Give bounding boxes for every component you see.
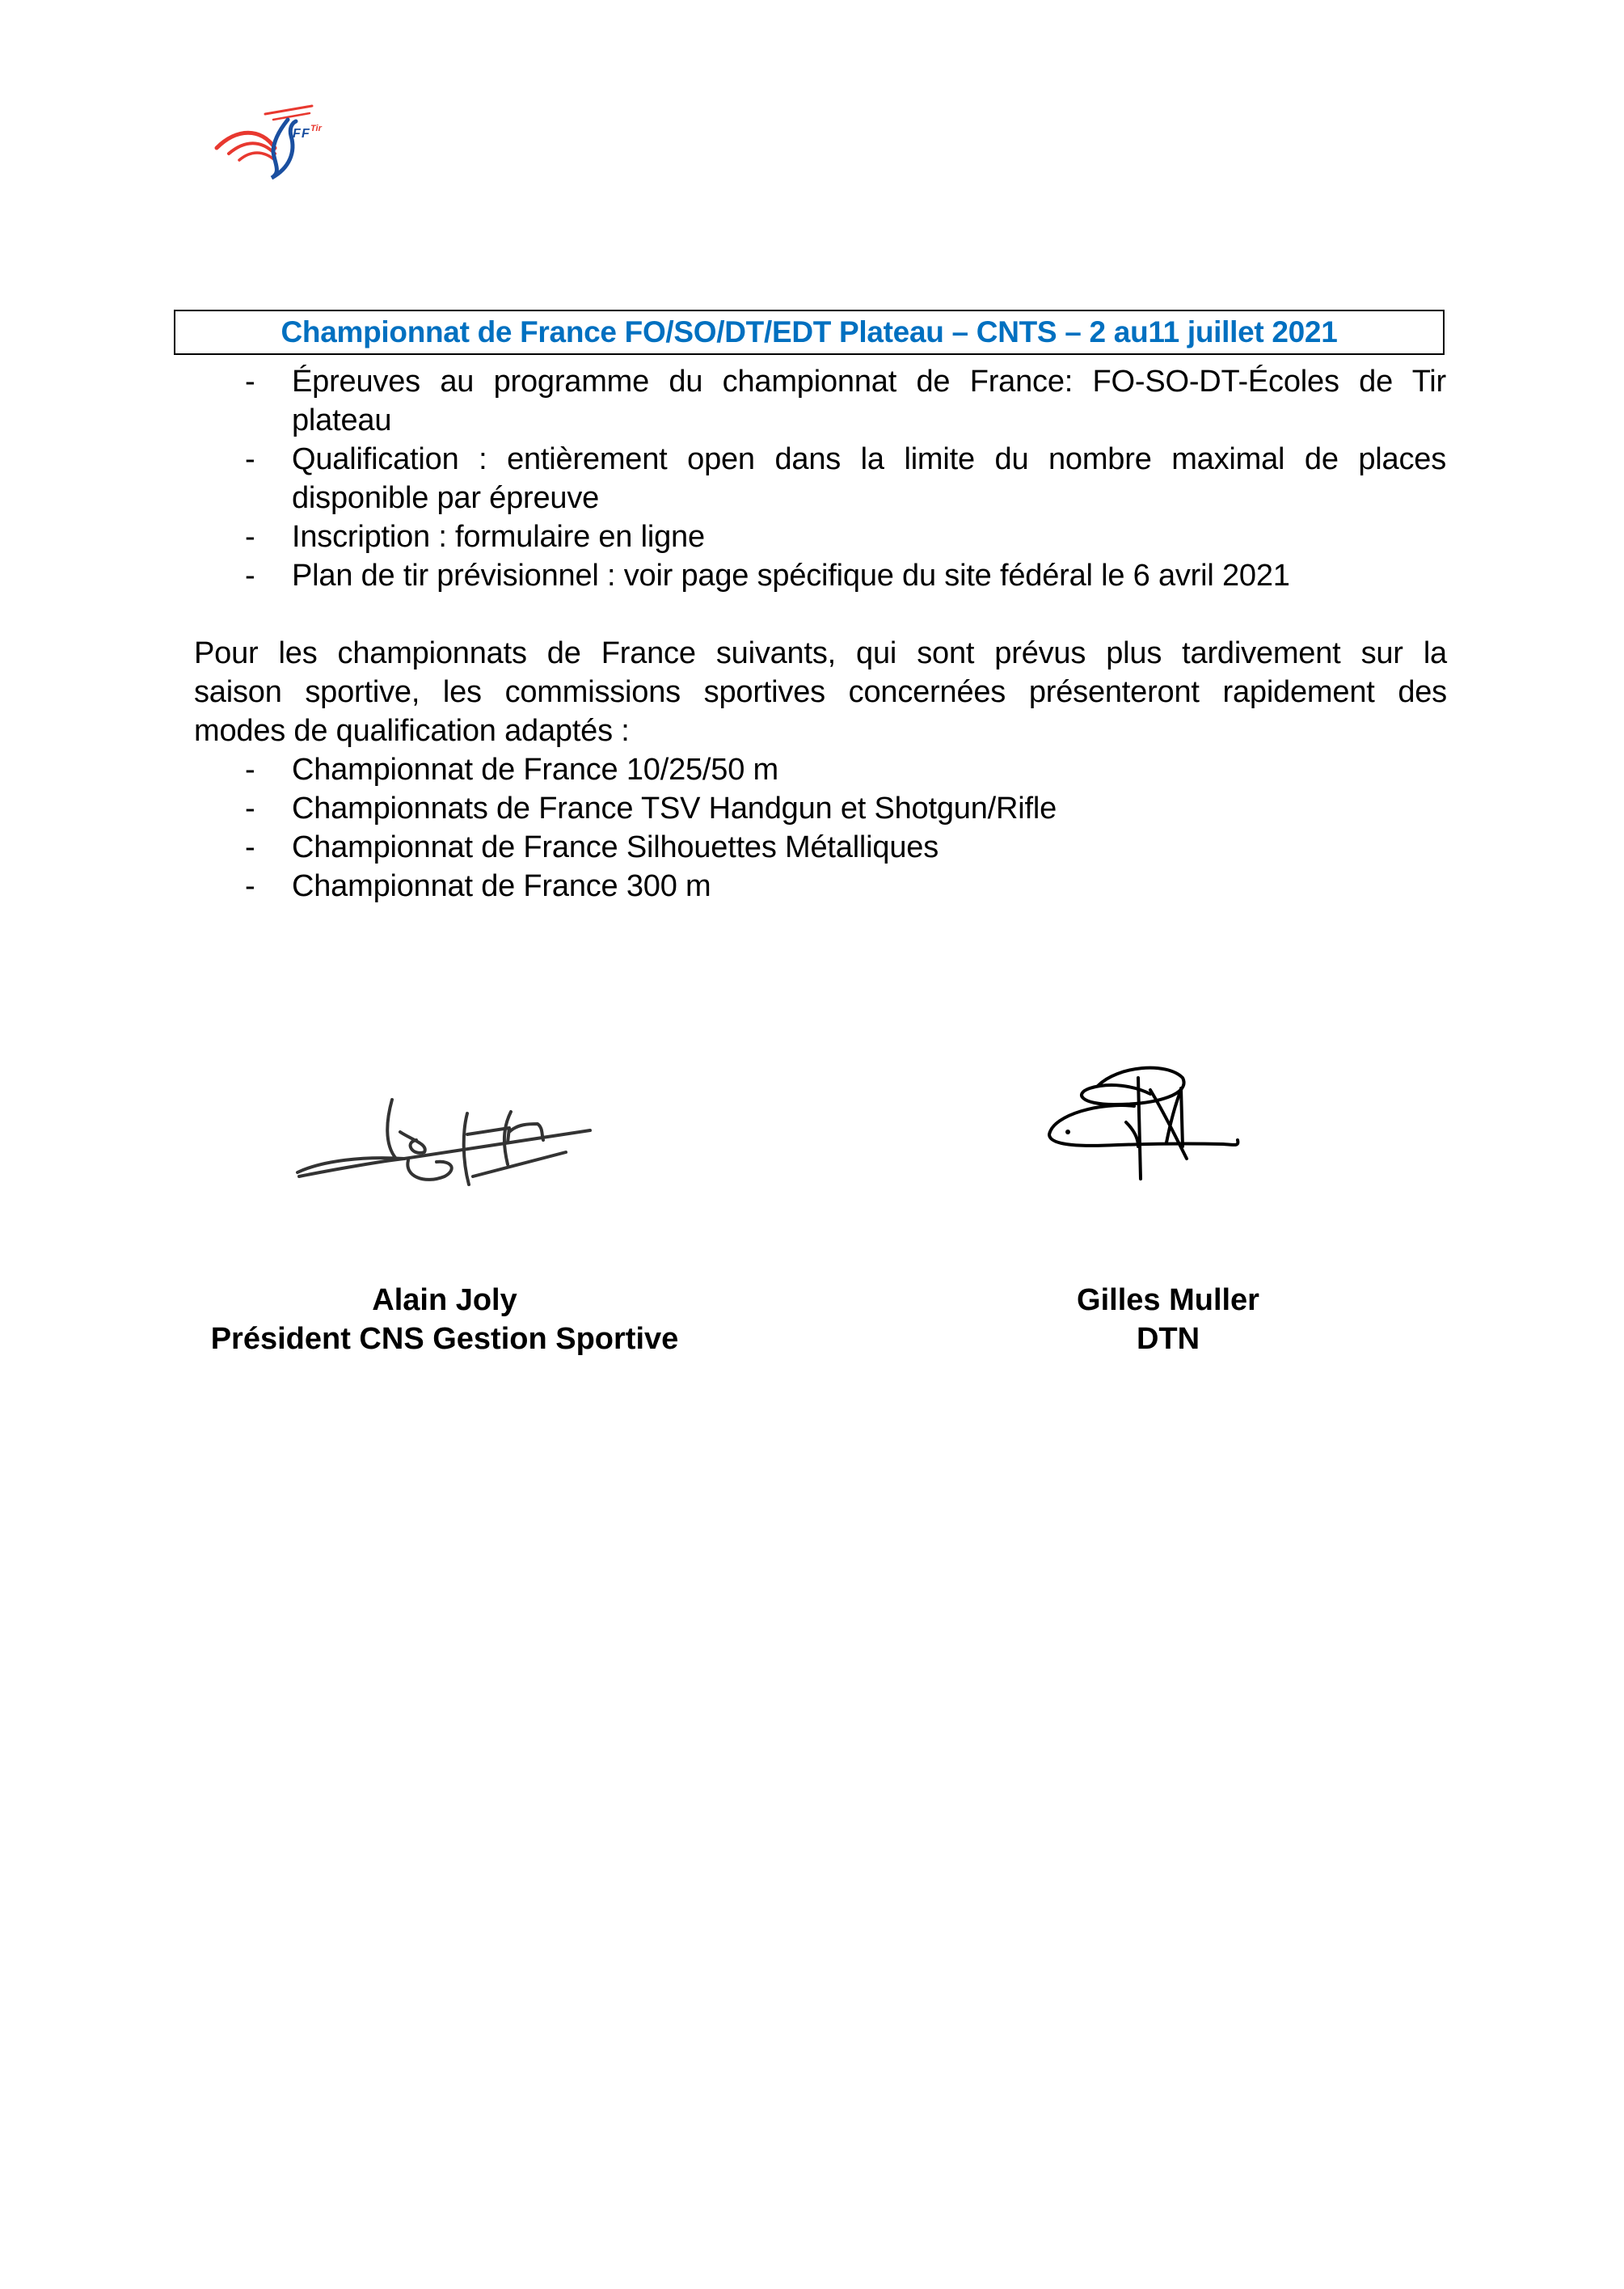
signatory-role: Président CNS Gestion Sportive [194,1320,695,1358]
list-item-continuation: disponible par épreuve [292,479,599,517]
bullet-dash: - [245,440,255,479]
bullet-dash: - [245,828,255,867]
signatory-name: Gilles Muller [1043,1281,1293,1320]
paragraph-line: modes de qualification adaptés : [194,712,630,750]
bullet-dash: - [245,867,255,906]
fftir-logo-icon: F F Tir [200,103,330,184]
svg-text:F: F [302,127,310,141]
title-box: Championnat de France FO/SO/DT/EDT Plate… [174,310,1445,355]
bullet-dash: - [245,556,255,595]
bullet-dash: - [245,789,255,828]
paragraph-line: saison sportive, les commissions sportiv… [194,673,1447,712]
list-item: Championnat de France 300 m [292,867,711,906]
signature-gilles-muller-icon [1037,1066,1272,1183]
list-item-continuation: plateau [292,401,391,440]
signature-alain-joly-icon [291,1096,598,1193]
bullet-dash: - [245,517,255,556]
page-title: Championnat de France FO/SO/DT/EDT Plate… [281,315,1338,348]
paragraph-line: Pour les championnats de France suivants… [194,634,1447,673]
list-item: Plan de tir prévisionnel : voir page spé… [292,556,1290,595]
bullet-dash: - [245,750,255,789]
signatory-name: Alain Joly [210,1281,679,1320]
list-item: Championnat de France 10/25/50 m [292,750,778,789]
list-item: Qualification : entièrement open dans la… [292,440,1446,479]
list-item: Épreuves au programme du championnat de … [292,362,1446,401]
signatory-role: DTN [1043,1320,1293,1358]
list-item: Championnat de France Silhouettes Métall… [292,828,939,867]
svg-text:Tir: Tir [310,124,323,133]
svg-text:F: F [293,127,302,141]
bullet-dash: - [245,362,255,401]
list-item: Inscription : formulaire en ligne [292,517,705,556]
list-item: Championnats de France TSV Handgun et Sh… [292,789,1057,828]
